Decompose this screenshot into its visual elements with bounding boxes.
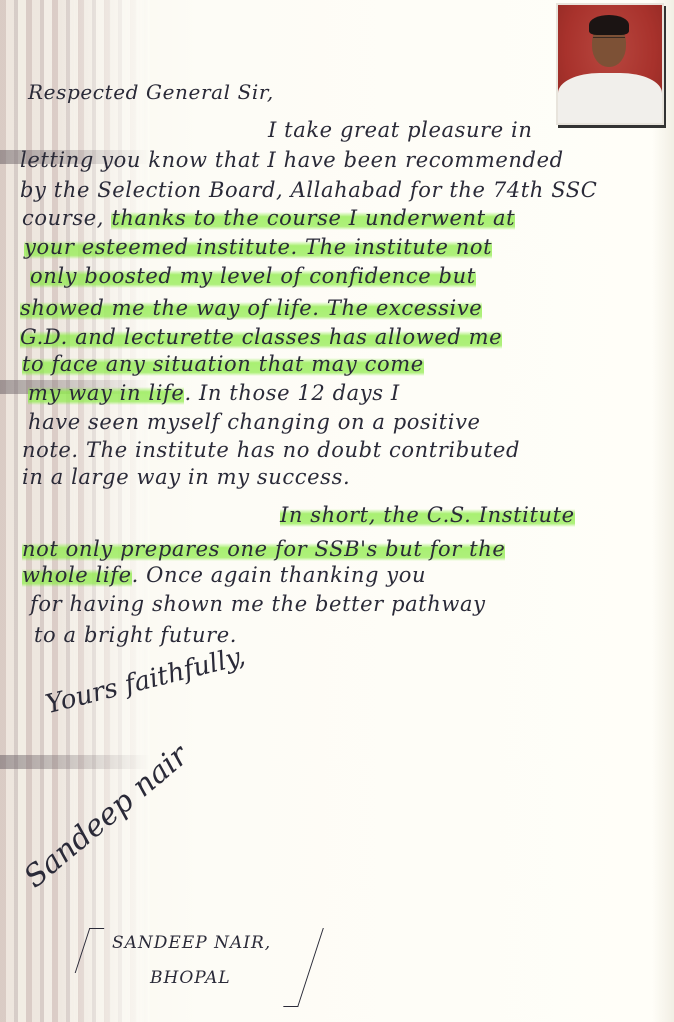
highlighted-text: In short, the C.S. Institute [280, 503, 575, 527]
letter-line: have seen myself changing on a positive [28, 410, 481, 434]
letter-line: not only prepares one for SSB's but for … [22, 537, 505, 561]
highlighted-text: whole life [22, 563, 132, 587]
bracket-left [75, 928, 105, 973]
highlighted-text: my way in life [28, 381, 184, 405]
paper-edge [652, 0, 674, 1022]
salutation: Respected General Sir, [28, 80, 274, 104]
highlighted-text: to face any situation that may come [22, 352, 424, 376]
letter-line: letting you know that I have been recomm… [20, 148, 564, 172]
shelf-divider [0, 755, 150, 769]
letter-line: I take great pleasure in [268, 118, 533, 142]
highlighted-text: showed me the way of life. The excessive [20, 296, 482, 320]
letter-line: course, thanks to the course I underwent… [22, 206, 515, 230]
highlighted-text: not only prepares one for SSB's but for … [22, 537, 505, 561]
letter-line: your esteemed institute. The institute n… [24, 235, 492, 259]
signer-city: BHOPAL [150, 968, 231, 988]
bracket-right [283, 928, 324, 1007]
letter-line: whole life. Once again thanking you [22, 563, 426, 587]
letter-line: for having shown me the better pathway [30, 592, 486, 616]
signer-name: SANDEEP NAIR, [112, 933, 271, 953]
highlighted-text: only boosted my level of confidence but [30, 264, 476, 288]
letter-line: by the Selection Board, Allahabad for th… [20, 178, 597, 202]
letter-line: to a bright future. [34, 623, 237, 647]
letter-line: to face any situation that may come [22, 352, 424, 376]
letter-line: only boosted my level of confidence but [30, 264, 476, 288]
highlighted-text: thanks to the course I underwent at [111, 206, 515, 230]
letter-line: showed me the way of life. The excessive [20, 296, 482, 320]
closing: Yours faithfully, [43, 641, 249, 720]
letter-page: Respected General Sir, I take great plea… [0, 0, 674, 1022]
letter-line: my way in life. In those 12 days I [28, 381, 400, 405]
letter-line: In short, the C.S. Institute [280, 503, 575, 527]
highlighted-text: G.D. and lecturette classes has allowed … [20, 325, 502, 349]
letter-line: note. The institute has no doubt contrib… [22, 438, 520, 462]
letter-line: G.D. and lecturette classes has allowed … [20, 325, 502, 349]
letter-line: in a large way in my success. [22, 465, 350, 489]
highlighted-text: your esteemed institute. The institute n… [24, 235, 492, 259]
applicant-photo [556, 3, 664, 125]
